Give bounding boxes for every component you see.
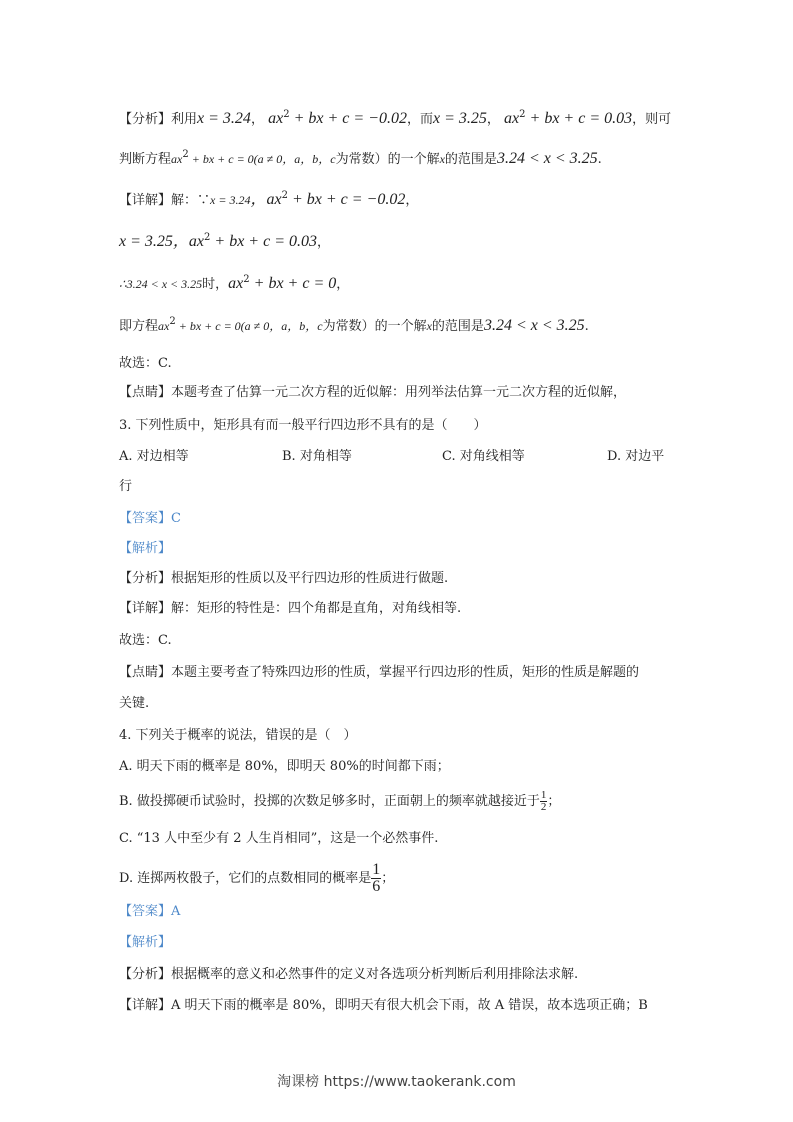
- option-a: A. 对边相等: [119, 448, 189, 466]
- label-dianjing: 【点睛】: [119, 385, 171, 400]
- question-4-option-c: C. “13 人中至少有 2 人生肖相同”，这是一个必然事件.: [119, 830, 438, 848]
- choose-c: 故选：C.: [119, 355, 172, 373]
- detail-paragraph-1: 【详解】解：∵x = 3.24，ax2 + bx + c = −0.02，: [119, 191, 418, 210]
- option-d: D. 对边平: [607, 448, 664, 466]
- fraction-one-sixth: 16: [371, 862, 381, 895]
- question-3-dianjing-wrap: 关键.: [119, 695, 149, 713]
- question-3-answer: 【答案】C: [119, 510, 181, 528]
- analysis-paragraph-2: 判断方程ax2 + bx + c = 0(a ≠ 0，a，b，c为常数）的一个解…: [119, 150, 602, 169]
- footer-watermark: 淘课榜 https://www.taokerank.com: [0, 1071, 793, 1091]
- label-analysis-4: 【解析】: [119, 934, 171, 952]
- label-answer: 【答案】: [119, 511, 171, 526]
- question-4-answer: 【答案】A: [119, 903, 180, 921]
- analysis-paragraph-1: 【分析】利用x = 3.24， ax2 + bx + c = −0.02，而x …: [119, 110, 671, 129]
- question-4-xiangjie: 【详解】A 明天下雨的概率是 80%，即明天有很大机会下雨，故 A 错误，故本选…: [119, 997, 648, 1015]
- question-4-option-d: D. 连掷两枚骰子，它们的点数相同的概率是16；: [119, 862, 394, 895]
- detail-paragraph-3: ∴3.24 < x < 3.25时，ax2 + bx + c = 0，: [119, 275, 349, 294]
- detail-paragraph-4: 即方程ax2 + bx + c = 0(a ≠ 0，a，b，c为常数）的一个解x…: [119, 317, 589, 336]
- label-fenxi: 【分析】: [119, 112, 171, 127]
- dianjing-paragraph-1: 【点睛】本题考查了估算一元二次方程的近似解：用列举法估算一元二次方程的近似解，: [119, 384, 626, 402]
- label-analysis: 【解析】: [119, 540, 171, 558]
- option-d-wrap: 行: [119, 478, 132, 496]
- question-3-choose: 故选：C.: [119, 632, 172, 650]
- detail-paragraph-2: x = 3.25，ax2 + bx + c = 0.03，: [119, 233, 330, 252]
- question-4-stem: 4. 下列关于概率的说法，错误的是（ ）: [119, 727, 357, 745]
- option-c: C. 对角线相等: [442, 448, 525, 466]
- question-3-fenxi: 【分析】根据矩形的性质以及平行四边形的性质进行做题.: [119, 570, 448, 588]
- question-4-fenxi: 【分析】根据概率的意义和必然事件的定义对各选项分析判断后利用排除法求解.: [119, 966, 578, 984]
- question-4-option-b: B. 做投掷硬币试验时，投掷的次数足够多时，正面朝上的频率就越接近于12；: [119, 790, 560, 813]
- question-3-dianjing: 【点睛】本题主要考查了特殊四边形的性质，掌握平行四边形的性质，矩形的性质是解题的: [119, 664, 639, 682]
- option-b: B. 对角相等: [282, 448, 352, 466]
- question-4-option-a: A. 明天下雨的概率是 80%，即明天 80%的时间都下雨；: [119, 758, 450, 776]
- question-3-stem: 3. 下列性质中，矩形具有而一般平行四边形不具有的是（ ）: [119, 417, 487, 435]
- question-3-xiangjie: 【详解】解：矩形的特性是：四个角都是直角，对角线相等.: [119, 600, 461, 618]
- label-xiangjie: 【详解】: [119, 193, 171, 208]
